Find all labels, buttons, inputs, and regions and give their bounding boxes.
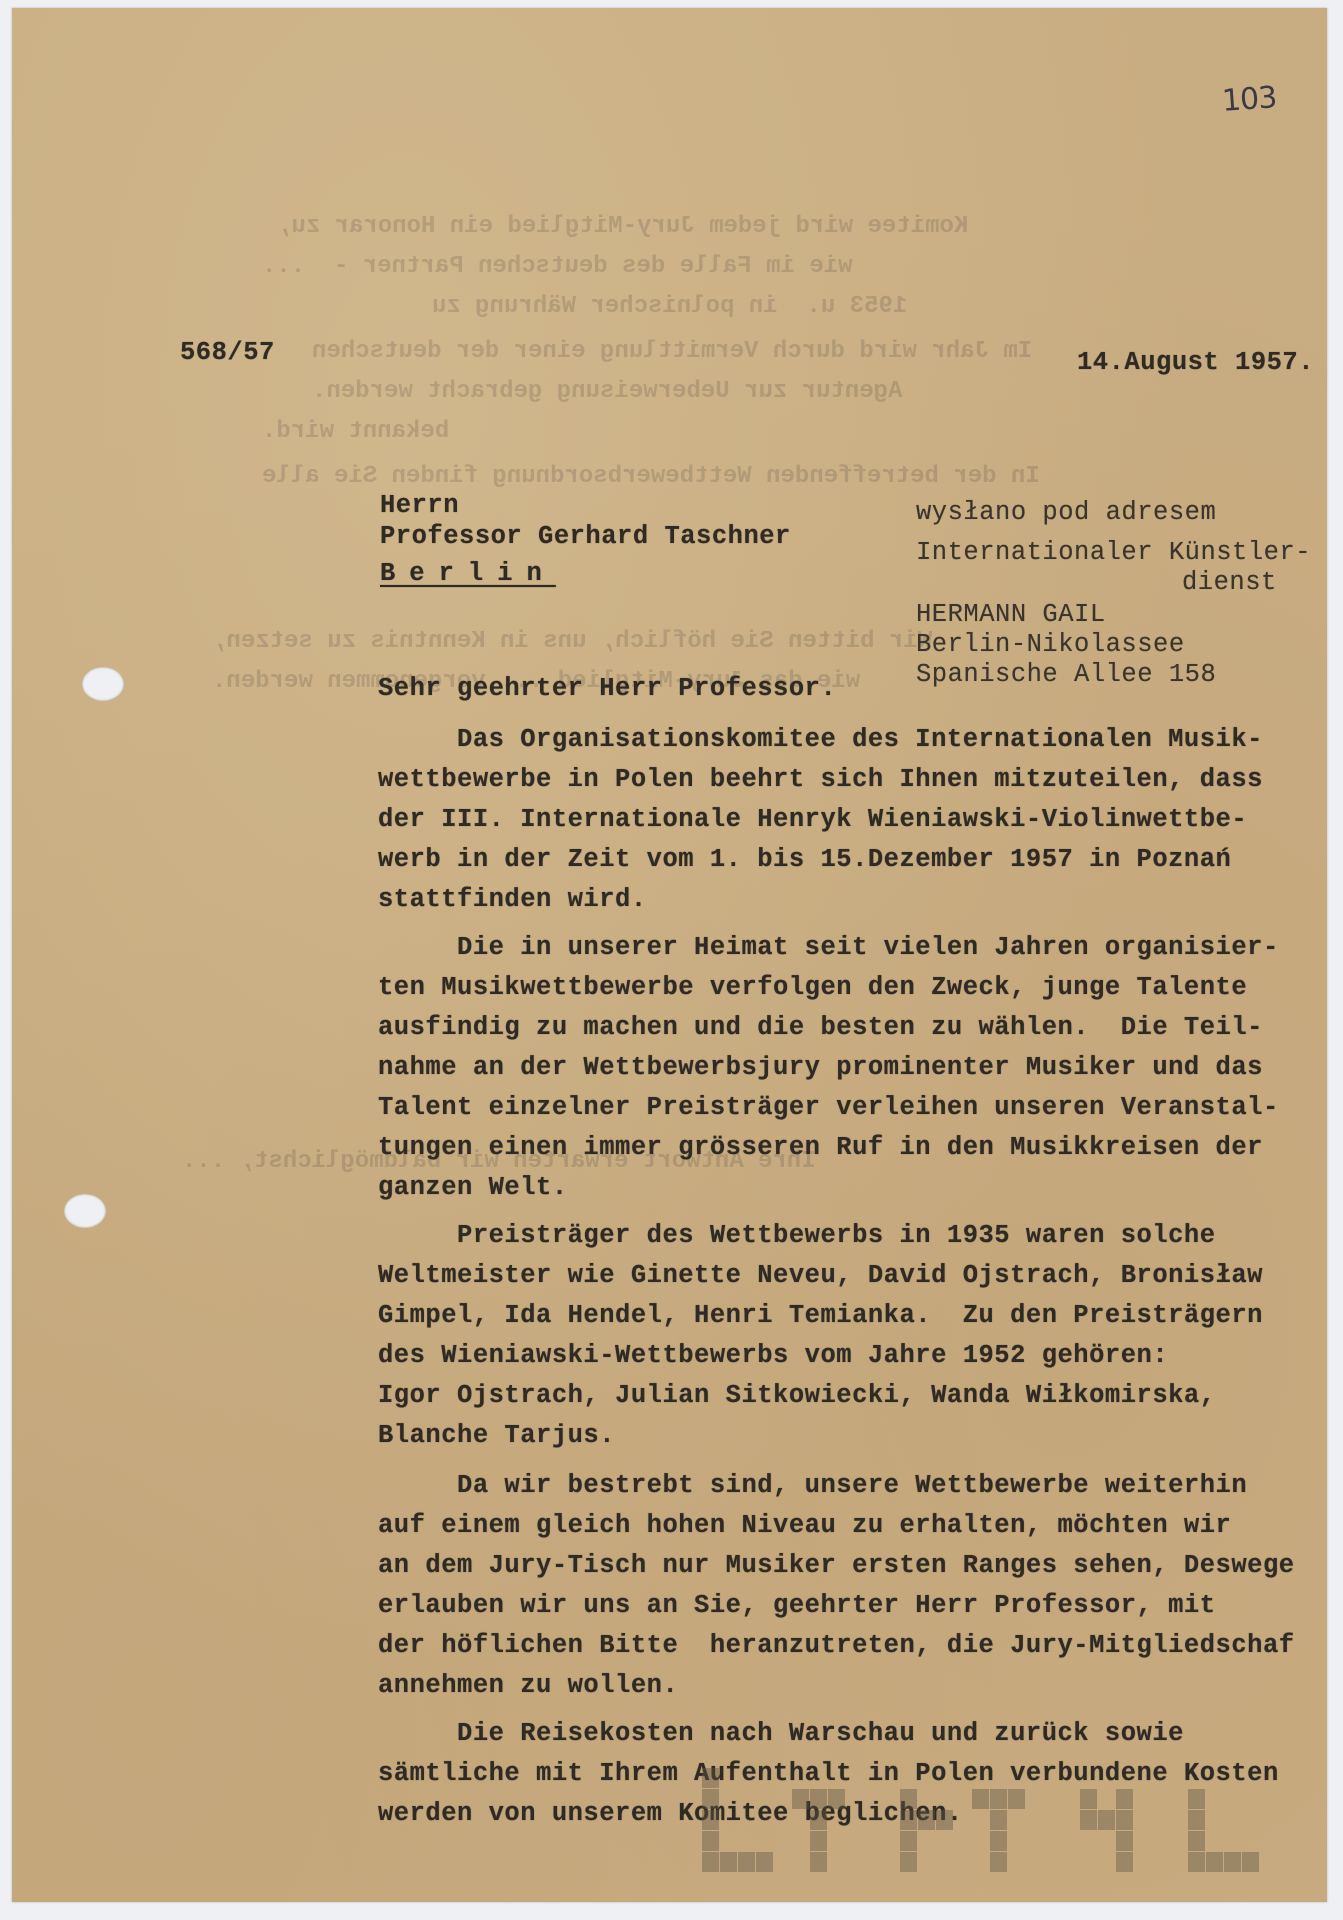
body-line: Preisträger des Wettbewerbs in 1935 ware… <box>378 1221 1216 1250</box>
watermark-cell <box>1170 1831 1187 1851</box>
watermark-cell <box>1170 1810 1187 1830</box>
watermark-cell <box>1206 1789 1223 1809</box>
watermark-cell <box>864 1831 881 1851</box>
watermark-cell <box>792 1831 809 1851</box>
bleed-through-text: Im Jahr wird durch Vermittlung einer der… <box>312 338 1032 365</box>
bleed-through-text: Agentur zur Ueberweisung gebracht werden… <box>312 378 931 405</box>
watermark-cell <box>990 1789 1007 1809</box>
recipient-salutation: Herrn <box>380 491 459 520</box>
body-line: tungen einen immer grösseren Ruf in den … <box>378 1133 1263 1162</box>
watermark-cell <box>1152 1831 1169 1851</box>
watermark-cell <box>1026 1789 1043 1809</box>
watermark-cell <box>774 1810 791 1830</box>
body-line: nahme an der Wettbewerbsjury prominenter… <box>378 1053 1263 1082</box>
watermark-cell <box>1206 1810 1223 1830</box>
watermark-cell <box>720 1789 737 1809</box>
watermark-cell <box>810 1831 827 1851</box>
watermark-cell <box>918 1789 935 1809</box>
watermark-cell <box>1242 1789 1259 1809</box>
watermark-cell <box>1242 1768 1259 1788</box>
watermark-cell <box>1170 1789 1187 1809</box>
watermark-cell <box>810 1768 827 1788</box>
watermark-cell <box>1008 1852 1025 1872</box>
watermark-cell <box>1098 1768 1115 1788</box>
watermark-cell <box>1044 1831 1061 1851</box>
recipient-city: Berlin <box>380 559 556 588</box>
watermark-cell <box>1044 1810 1061 1830</box>
watermark-cell <box>720 1852 737 1872</box>
body-line: der III. Internationale Henryk Wieniawsk… <box>378 805 1247 834</box>
watermark-cell <box>1062 1768 1079 1788</box>
watermark-cell <box>738 1789 755 1809</box>
body-line: stattfinden wird. <box>378 885 647 914</box>
watermark-cell <box>846 1810 863 1830</box>
reference-number: 568/57 <box>180 338 275 367</box>
watermark-cell <box>1080 1768 1097 1788</box>
watermark-cell <box>1206 1831 1223 1851</box>
watermark-cell <box>1242 1810 1259 1830</box>
body-line: Die in unserer Heimat seit vielen Jahren… <box>378 933 1279 962</box>
letter-greeting: Sehr geehrter Herr Professor. <box>378 674 836 703</box>
watermark-cell <box>846 1852 863 1872</box>
watermark-cell <box>756 1810 773 1830</box>
watermark-cell <box>918 1768 935 1788</box>
watermark-cell <box>1116 1768 1133 1788</box>
watermark-cell <box>702 1768 719 1788</box>
watermark-cell <box>1098 1831 1115 1851</box>
watermark-cell <box>810 1789 827 1809</box>
body-line: Da wir bestrebt sind, unsere Wettbewerbe… <box>378 1471 1247 1500</box>
watermark-cell <box>1098 1852 1115 1872</box>
watermark-cell <box>1116 1810 1133 1830</box>
watermark-cell <box>900 1810 917 1830</box>
watermark-cell <box>1062 1852 1079 1872</box>
watermark-cell <box>1188 1789 1205 1809</box>
body-line: ten Musikwettbewerbe verfolgen den Zweck… <box>378 973 1247 1002</box>
watermark-cell <box>828 1768 845 1788</box>
watermark-cell <box>864 1852 881 1872</box>
archive-watermark <box>702 1768 1259 1872</box>
watermark-cell <box>1152 1768 1169 1788</box>
watermark-cell <box>954 1768 971 1788</box>
forwarding-label: wysłano pod adresem <box>916 498 1216 527</box>
watermark-cell <box>936 1810 953 1830</box>
watermark-cell <box>1026 1852 1043 1872</box>
body-line: annehmen zu wollen. <box>378 1671 678 1700</box>
watermark-cell <box>846 1831 863 1851</box>
watermark-cell <box>1224 1831 1241 1851</box>
watermark-cell <box>990 1768 1007 1788</box>
watermark-cell <box>846 1789 863 1809</box>
watermark-cell <box>702 1831 719 1851</box>
watermark-cell <box>1152 1810 1169 1830</box>
body-line: werb in der Zeit vom 1. bis 15.Dezember … <box>378 845 1231 874</box>
watermark-cell <box>1134 1789 1151 1809</box>
watermark-cell <box>846 1768 863 1788</box>
watermark-cell <box>1080 1789 1097 1809</box>
watermark-cell <box>1224 1789 1241 1809</box>
watermark-cell <box>900 1768 917 1788</box>
watermark-cell <box>918 1852 935 1872</box>
watermark-cell <box>864 1789 881 1809</box>
watermark-cell <box>1008 1768 1025 1788</box>
watermark-cell <box>1224 1768 1241 1788</box>
watermark-cell <box>1224 1810 1241 1830</box>
body-line: Die Reisekosten nach Warschau und zurück… <box>378 1719 1184 1748</box>
punch-hole <box>64 1194 106 1228</box>
watermark-cell <box>1188 1810 1205 1830</box>
watermark-cell <box>828 1831 845 1851</box>
watermark-cell <box>828 1789 845 1809</box>
watermark-cell <box>1026 1831 1043 1851</box>
watermark-cell <box>1206 1768 1223 1788</box>
watermark-cell <box>972 1831 989 1851</box>
watermark-cell <box>702 1852 719 1872</box>
bleed-through-text: Komitee wird jedem Jury-Mitglied ein Hon… <box>277 213 968 240</box>
watermark-cell <box>1134 1852 1151 1872</box>
watermark-cell <box>774 1768 791 1788</box>
watermark-cell <box>702 1810 719 1830</box>
body-line: Weltmeister wie Ginette Neveu, David Ojs… <box>378 1261 1263 1290</box>
watermark-cell <box>1044 1852 1061 1872</box>
watermark-cell <box>756 1768 773 1788</box>
watermark-cell <box>900 1789 917 1809</box>
bleed-through-text: Wir bitten Sie höflich, uns in Kenntnis … <box>212 628 932 655</box>
watermark-cell <box>720 1831 737 1851</box>
body-line: ganzen Welt. <box>378 1173 568 1202</box>
watermark-cell <box>1062 1789 1079 1809</box>
watermark-cell <box>792 1810 809 1830</box>
watermark-cell <box>1008 1789 1025 1809</box>
forwarding-organization-line2: dienst <box>1182 568 1277 597</box>
bleed-through-text: 1953 u. in polnischer Währung zu <box>432 293 907 320</box>
watermark-cell <box>756 1789 773 1809</box>
watermark-cell <box>1188 1852 1205 1872</box>
watermark-cell <box>792 1768 809 1788</box>
body-line: ausfindig zu machen und die besten zu wä… <box>378 1013 1263 1042</box>
watermark-cell <box>1206 1852 1223 1872</box>
watermark-cell <box>1080 1852 1097 1872</box>
watermark-cell <box>1098 1810 1115 1830</box>
watermark-cell <box>864 1810 881 1830</box>
body-line: Talent einzelner Preisträger verleihen u… <box>378 1093 1279 1122</box>
watermark-cell <box>1062 1810 1079 1830</box>
letter-date: 14.August 1957. <box>1077 348 1314 377</box>
watermark-cell <box>756 1831 773 1851</box>
letter-page: Komitee wird jedem Jury-Mitglied ein Hon… <box>12 8 1327 1902</box>
bleed-through-text: bekannt wird. <box>262 418 449 445</box>
watermark-cell <box>1134 1768 1151 1788</box>
watermark-cell <box>1134 1810 1151 1830</box>
forwarding-address-line1: Berlin-Nikolassee <box>916 630 1185 659</box>
watermark-cell <box>954 1852 971 1872</box>
watermark-cell <box>828 1852 845 1872</box>
watermark-cell <box>810 1810 827 1830</box>
watermark-cell <box>720 1810 737 1830</box>
body-line: Igor Ojstrach, Julian Sitkowiecki, Wanda… <box>378 1381 1216 1410</box>
forwarding-address-line2: Spanische Allee 158 <box>916 660 1216 689</box>
body-line: Gimpel, Ida Hendel, Henri Temianka. Zu d… <box>378 1301 1263 1330</box>
watermark-cell <box>792 1789 809 1809</box>
watermark-cell <box>1008 1831 1025 1851</box>
body-line: Blanche Tarjus. <box>378 1421 615 1450</box>
watermark-cell <box>954 1789 971 1809</box>
watermark-cell <box>1080 1831 1097 1851</box>
watermark-cell <box>1224 1852 1241 1872</box>
watermark-cell <box>810 1852 827 1872</box>
watermark-cell <box>702 1789 719 1809</box>
watermark-cell <box>990 1852 1007 1872</box>
watermark-cell <box>990 1810 1007 1830</box>
watermark-cell <box>918 1831 935 1851</box>
watermark-cell <box>882 1768 899 1788</box>
watermark-cell <box>882 1831 899 1851</box>
watermark-cell <box>792 1852 809 1872</box>
watermark-cell <box>1242 1852 1259 1872</box>
watermark-cell <box>1116 1852 1133 1872</box>
watermark-cell <box>882 1789 899 1809</box>
body-line: der höflichen Bitte heranzutreten, die J… <box>378 1631 1295 1660</box>
watermark-cell <box>936 1831 953 1851</box>
watermark-cell <box>1026 1810 1043 1830</box>
watermark-cell <box>1116 1789 1133 1809</box>
watermark-cell <box>774 1831 791 1851</box>
watermark-cell <box>828 1810 845 1830</box>
watermark-cell <box>900 1852 917 1872</box>
body-line: auf einem gleich hohen Niveau zu erhalte… <box>378 1511 1231 1540</box>
body-line: wettbewerbe in Polen beehrt sich Ihnen m… <box>378 765 1263 794</box>
watermark-cell <box>900 1831 917 1851</box>
watermark-cell <box>1044 1789 1061 1809</box>
bleed-through-text: wie im Falle des deutschen Partner - ... <box>262 253 910 280</box>
watermark-cell <box>756 1852 773 1872</box>
watermark-cell <box>936 1852 953 1872</box>
bleed-through-text: In der betreffenden Wettbewerbsordnung f… <box>262 463 1083 490</box>
watermark-cell <box>936 1768 953 1788</box>
forwarding-contact: HERMANN GAIL <box>916 600 1106 629</box>
watermark-cell <box>1098 1789 1115 1809</box>
watermark-cell <box>1044 1768 1061 1788</box>
watermark-cell <box>972 1852 989 1872</box>
watermark-cell <box>972 1789 989 1809</box>
watermark-cell <box>1026 1768 1043 1788</box>
watermark-cell <box>774 1789 791 1809</box>
watermark-cell <box>738 1768 755 1788</box>
punch-hole <box>82 667 124 701</box>
body-line: erlauben wir uns an Sie, geehrter Herr P… <box>378 1591 1216 1620</box>
body-line: an dem Jury-Tisch nur Musiker ersten Ran… <box>378 1551 1295 1580</box>
watermark-cell <box>1170 1852 1187 1872</box>
watermark-cell <box>918 1810 935 1830</box>
recipient-name: Professor Gerhard Taschner <box>380 522 791 551</box>
watermark-cell <box>936 1789 953 1809</box>
watermark-cell <box>738 1852 755 1872</box>
watermark-cell <box>1152 1852 1169 1872</box>
watermark-cell <box>1008 1810 1025 1830</box>
watermark-cell <box>774 1852 791 1872</box>
forwarding-organization-line1: Internationaler Künstler- <box>916 538 1311 567</box>
watermark-cell <box>972 1810 989 1830</box>
watermark-cell <box>1170 1768 1187 1788</box>
watermark-cell <box>882 1810 899 1830</box>
watermark-cell <box>1188 1831 1205 1851</box>
watermark-cell <box>1188 1768 1205 1788</box>
body-line: Das Organisationskomitee des Internation… <box>378 725 1263 754</box>
watermark-cell <box>882 1852 899 1872</box>
page-number: 103 <box>1221 80 1278 119</box>
watermark-cell <box>1134 1831 1151 1851</box>
watermark-cell <box>1116 1831 1133 1851</box>
watermark-cell <box>1080 1810 1097 1830</box>
watermark-cell <box>990 1831 1007 1851</box>
watermark-cell <box>738 1831 755 1851</box>
watermark-cell <box>972 1768 989 1788</box>
watermark-cell <box>1242 1831 1259 1851</box>
watermark-cell <box>864 1768 881 1788</box>
watermark-cell <box>1152 1789 1169 1809</box>
watermark-cell <box>1062 1831 1079 1851</box>
watermark-cell <box>738 1810 755 1830</box>
watermark-cell <box>720 1768 737 1788</box>
watermark-cell <box>954 1810 971 1830</box>
watermark-cell <box>954 1831 971 1851</box>
body-line: des Wieniawski-Wettbewerbs vom Jahre 195… <box>378 1341 1168 1370</box>
